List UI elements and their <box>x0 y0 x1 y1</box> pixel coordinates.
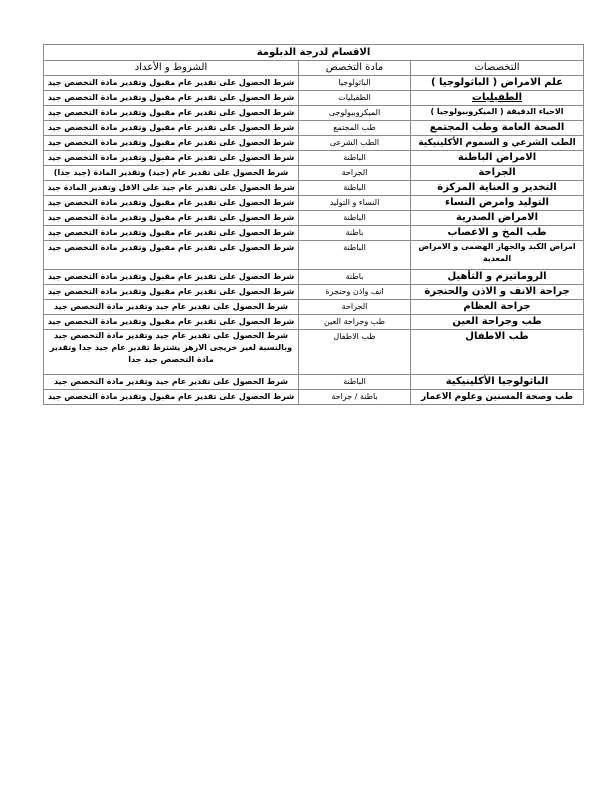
header-subject: مادة التخصص <box>299 61 411 76</box>
table-row: التخدير و العناية المركزة الباطنة شرط ال… <box>44 181 584 196</box>
table-row: الصحة العامة وطب المجتمع طب المجتمع شرط … <box>44 121 584 136</box>
conditions-cell: شرط الحصول على تقدير عام مقبول وتقدير ما… <box>44 196 299 211</box>
document-page: الاقسام لدرجة الدبلومة التخصصات مادة الت… <box>43 44 583 405</box>
conditions-cell: شرط الحصول على تقدير عام مقبول وتقدير ما… <box>44 390 299 405</box>
table-row: الامراض الصدرية الباطنة شرط الحصول على ت… <box>44 211 584 226</box>
table-row: امراض الكبد والجهاز الهضمى و الامراض الم… <box>44 241 584 270</box>
conditions-cell: شرط الحصول على تقدير عام مقبول وتقدير ما… <box>44 226 299 241</box>
specialization-cell: طب الاطفال <box>411 330 584 375</box>
conditions-cell: شرط الحصول على تقدير عام مقبول وتقدير ما… <box>44 211 299 226</box>
subject-cell: الجراحة <box>299 300 411 315</box>
conditions-cell: شرط الحصول على تقدير عام مقبول وتقدير ما… <box>44 76 299 91</box>
table-row: جراحة العظام الجراحة شرط الحصول على تقدي… <box>44 300 584 315</box>
conditions-cell: شرط الحصول على تقدير عام جيد وتقدير مادة… <box>44 375 299 390</box>
table-row: علم الامراض ( الباثولوجيا ) الباثولوجيا … <box>44 76 584 91</box>
conditions-cell: شرط الحصول على تقدير عام مقبول وتقدير ما… <box>44 285 299 300</box>
diploma-departments-table: الاقسام لدرجة الدبلومة التخصصات مادة الت… <box>43 44 584 405</box>
subject-cell: باطنة <box>299 270 411 285</box>
specialization-cell: امراض الكبد والجهاز الهضمى و الامراض الم… <box>411 241 584 270</box>
conditions-cell: شرط الحصول على تقدير عام جيد وتقدير مادة… <box>44 330 299 375</box>
conditions-cell: شرط الحصول على تقدير عام مقبول وتقدير ما… <box>44 241 299 270</box>
specialization-cell: جراحة الانف و الاذن والحنجرة <box>411 285 584 300</box>
specialization-cell: الامراض الصدرية <box>411 211 584 226</box>
table-header-row: التخصصات مادة التخصص الشروط و الأعداد <box>44 61 584 76</box>
conditions-cell: شرط الحصول على تقدير عام مقبول وتقدير ما… <box>44 151 299 166</box>
subject-cell: طب وجراحة العين <box>299 315 411 330</box>
table-row: الروماتيزم و التأهيل باطنة شرط الحصول عل… <box>44 270 584 285</box>
table-row: الطب الشرعي و السموم الأكلينيكية الطب ال… <box>44 136 584 151</box>
subject-cell: طب المجتمع <box>299 121 411 136</box>
subject-cell: انف واذن وحنجرة <box>299 285 411 300</box>
conditions-cell: شرط الحصول على تقدير عام مقبول وتقدير ما… <box>44 270 299 285</box>
subject-cell: الطفيليات <box>299 91 411 106</box>
specialization-cell: الباثولوجيا الأكلينيكية <box>411 375 584 390</box>
table-row: طب الاطفال طب الاطفال شرط الحصول على تقد… <box>44 330 584 375</box>
table-row: جراحة الانف و الاذن والحنجرة انف واذن وح… <box>44 285 584 300</box>
table-title-row: الاقسام لدرجة الدبلومة <box>44 45 584 61</box>
specialization-cell: التوليد وامرض النساء <box>411 196 584 211</box>
table-row: الطفيليات الطفيليات شرط الحصول على تقدير… <box>44 91 584 106</box>
subject-cell: النساء و التوليد <box>299 196 411 211</box>
specialization-cell: الطب الشرعي و السموم الأكلينيكية <box>411 136 584 151</box>
specialization-cell: علم الامراض ( الباثولوجيا ) <box>411 76 584 91</box>
table-row: التوليد وامرض النساء النساء و التوليد شر… <box>44 196 584 211</box>
table-row: طب المخ و الاعصاب باطنة شرط الحصول على ت… <box>44 226 584 241</box>
specialization-cell: طب وجراحة العين <box>411 315 584 330</box>
table-row: الامراض الباطنة الباطنة شرط الحصول على ت… <box>44 151 584 166</box>
table-row: طب وجراحة العين طب وجراحة العين شرط الحص… <box>44 315 584 330</box>
subject-cell: الباثولوجيا <box>299 76 411 91</box>
specialization-cell: الامراض الباطنة <box>411 151 584 166</box>
conditions-cell: شرط الحصول على تقدير عام مقبول وتقدير ما… <box>44 106 299 121</box>
subject-cell: باطنة <box>299 226 411 241</box>
specialization-cell: التخدير و العناية المركزة <box>411 181 584 196</box>
specialization-cell: جراحة العظام <box>411 300 584 315</box>
header-specialization: التخصصات <box>411 61 584 76</box>
conditions-cell: شرط الحصول على تقدير عام (جيد) وتقدير ال… <box>44 166 299 181</box>
specialization-cell: الاحياء الدقيقة ( الميكروبيولوجيا ) <box>411 106 584 121</box>
conditions-cell: شرط الحصول على تقدير عام جيد على الاقل و… <box>44 181 299 196</box>
conditions-cell: شرط الحصول على تقدير عام مقبول وتقدير ما… <box>44 315 299 330</box>
specialization-cell: الجراحة <box>411 166 584 181</box>
table-row: طب وصحة المسنين وعلوم الاعمار باطنة / جر… <box>44 390 584 405</box>
subject-cell: الباطنة <box>299 151 411 166</box>
subject-cell: الباطنة <box>299 181 411 196</box>
specialization-cell: طب وصحة المسنين وعلوم الاعمار <box>411 390 584 405</box>
specialization-cell: الروماتيزم و التأهيل <box>411 270 584 285</box>
subject-cell: الباطنة <box>299 375 411 390</box>
table-row: الاحياء الدقيقة ( الميكروبيولوجيا ) المي… <box>44 106 584 121</box>
subject-cell: الطب الشرعى <box>299 136 411 151</box>
subject-cell: الباطنة <box>299 211 411 226</box>
table-row: الجراحة الجراحة شرط الحصول على تقدير عام… <box>44 166 584 181</box>
conditions-cell: شرط الحصول على تقدير عام مقبول وتقدير ما… <box>44 91 299 106</box>
subject-cell: باطنة / جراحة <box>299 390 411 405</box>
specialization-cell: الصحة العامة وطب المجتمع <box>411 121 584 136</box>
conditions-cell: شرط الحصول على تقدير عام مقبول وتقدير ما… <box>44 121 299 136</box>
conditions-cell: شرط الحصول على تقدير عام جيد وتقدير مادة… <box>44 300 299 315</box>
table-title: الاقسام لدرجة الدبلومة <box>44 45 584 61</box>
table-row: الباثولوجيا الأكلينيكية الباطنة شرط الحص… <box>44 375 584 390</box>
subject-cell: الميكروبيولوجى <box>299 106 411 121</box>
subject-cell: طب الاطفال <box>299 330 411 375</box>
conditions-cell: شرط الحصول على تقدير عام مقبول وتقدير ما… <box>44 136 299 151</box>
subject-cell: الباطنة <box>299 241 411 270</box>
specialization-cell: طب المخ و الاعصاب <box>411 226 584 241</box>
subject-cell: الجراحة <box>299 166 411 181</box>
specialization-cell: الطفيليات <box>411 91 584 106</box>
header-conditions: الشروط و الأعداد <box>44 61 299 76</box>
